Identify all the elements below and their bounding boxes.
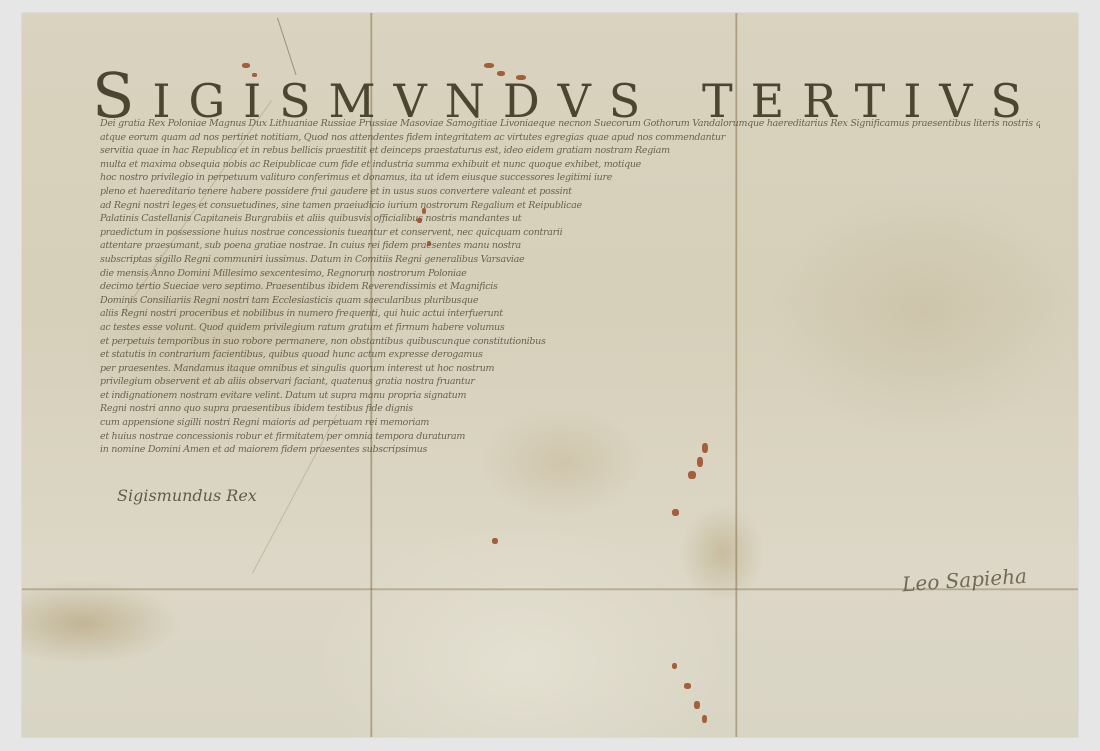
body-line: subscriptas sigillo Regni communiri iuss…	[100, 253, 1040, 267]
body-line: privilegium observent et ab aliis observ…	[100, 375, 1040, 389]
body-line: atque eorum quam ad nos pertinet notitia…	[100, 131, 1040, 145]
parchment-sheet: S I G I S M V N D V S T E R T I V S Dei …	[22, 13, 1078, 737]
wax-stain	[697, 457, 703, 467]
body-line: et indignationem nostram evitare velint.…	[100, 389, 1040, 403]
wax-stain	[672, 509, 679, 516]
wax-stain	[672, 663, 677, 669]
signature-king: Sigismundus Rex	[117, 486, 257, 505]
wax-stain	[427, 241, 431, 246]
wax-stain	[684, 683, 691, 689]
wax-stain	[516, 75, 526, 80]
body-line: Dei gratia Rex Poloniae Magnus Dux Lithu…	[100, 117, 1040, 131]
body-line: pleno et haereditario tenere habere poss…	[100, 185, 1040, 199]
body-line: per praesentes. Mandamus itaque omnibus …	[100, 362, 1040, 376]
wax-stain	[492, 538, 498, 544]
wax-stain	[252, 73, 257, 77]
body-line: ad Regni nostri leges et consuetudines, …	[100, 199, 1040, 213]
body-line: attentare praesumant, sub poena gratiae …	[100, 239, 1040, 253]
body-line: in nomine Domini Amen et ad maiorem fide…	[100, 443, 1000, 457]
wax-stain	[422, 208, 426, 214]
body-line: Regni nostri anno quo supra praesentibus…	[100, 402, 1040, 416]
body-line: praedictum in possessione huius nostrae …	[100, 226, 1040, 240]
body-line: Palatinis Castellanis Capitaneis Burgrab…	[100, 212, 1040, 226]
document-body: Dei gratia Rex Poloniae Magnus Dux Lithu…	[100, 117, 1040, 457]
body-line: et statutis in contrarium facientibus, q…	[100, 348, 1040, 362]
body-line: Dominis Consiliariis Regni nostri tam Ec…	[100, 294, 1040, 308]
wax-stain	[688, 471, 696, 479]
body-line: et perpetuis temporibus in suo robore pe…	[100, 335, 1040, 349]
body-line: ac testes esse volunt. Quod quidem privi…	[100, 321, 1040, 335]
body-line: cum appensione sigilli nostri Regni maio…	[100, 416, 1040, 430]
wax-stain	[694, 701, 700, 709]
body-line: aliis Regni nostri proceribus et nobilib…	[100, 307, 1040, 321]
body-line: multa et maxima obsequia nobis ac Reipub…	[100, 158, 1040, 172]
signature-chancellor: Leo Sapieha	[901, 564, 1027, 597]
wax-stain	[242, 63, 250, 68]
body-line: decimo tertio Sueciae vero septimo. Prae…	[100, 280, 1040, 294]
body-line: die mensis Anno Domini Millesimo sexcent…	[100, 267, 1040, 281]
wax-stain	[702, 443, 708, 453]
wax-stain	[497, 71, 505, 76]
body-line: servitia quae in hac Republica et in reb…	[100, 144, 1040, 158]
body-line: et huius nostrae concessionis robur et f…	[100, 430, 1040, 444]
wax-stain	[702, 715, 707, 723]
wax-stain	[484, 63, 494, 68]
body-line: hoc nostro privilegio in perpetuum valit…	[100, 171, 1040, 185]
wax-stain	[417, 218, 422, 223]
